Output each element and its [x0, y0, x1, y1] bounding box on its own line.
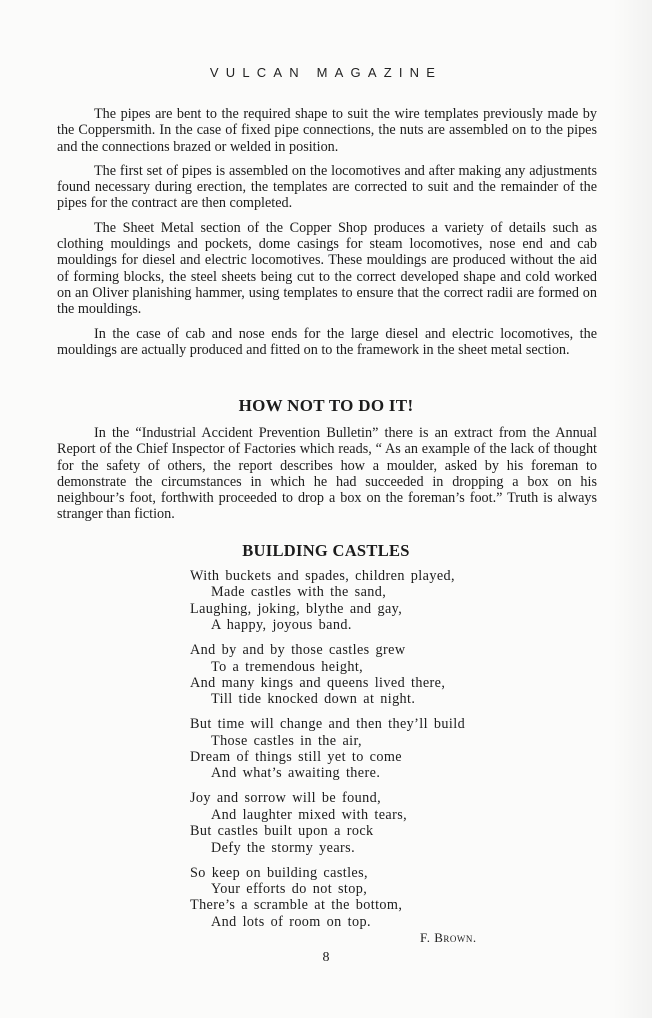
- poem-line: And laughter mixed with tears,: [190, 807, 465, 823]
- poem-line: Joy and sorrow will be found,: [190, 790, 465, 806]
- poem-body: With buckets and spades, children played…: [190, 568, 465, 939]
- poem-line: And many kings and queens lived there,: [190, 675, 465, 691]
- poem-line: With buckets and spades, children played…: [190, 568, 465, 584]
- paragraph: In the “Industrial Accident Prevention B…: [57, 425, 597, 523]
- poem-line: But castles built upon a rock: [190, 823, 465, 839]
- poem-line: Those castles in the air,: [190, 733, 465, 749]
- poem-line: So keep on building castles,: [190, 865, 465, 881]
- page-edge-shadow: [612, 0, 652, 1018]
- article-body-how-not-to-do-it: In the “Industrial Accident Prevention B…: [57, 425, 597, 531]
- article-body-copper-shop: The pipes are bent to the required shape…: [57, 106, 597, 366]
- paragraph: The first set of pipes is assembled on t…: [57, 163, 597, 212]
- poem-line: And lots of room on top.: [190, 914, 465, 930]
- paragraph: The pipes are bent to the required shape…: [57, 106, 597, 155]
- poem-line: Made castles with the sand,: [190, 584, 465, 600]
- poem-line: And by and by those castles grew: [190, 642, 465, 658]
- poem-stanza: Joy and sorrow will be found, And laught…: [190, 790, 465, 856]
- poem-title: BUILDING CASTLES: [0, 541, 652, 561]
- poem-line: A happy, joyous band.: [190, 617, 465, 633]
- running-title: VULCAN MAGAZINE: [0, 65, 652, 80]
- poem-line: Defy the stormy years.: [190, 840, 465, 856]
- poem-line: Dream of things still yet to come: [190, 749, 465, 765]
- poem-author: F. Brown.: [420, 930, 477, 946]
- poem-line: Your efforts do not stop,: [190, 881, 465, 897]
- page-number: 8: [0, 950, 652, 966]
- poem-line: But time will change and then they’ll bu…: [190, 716, 465, 732]
- section-heading-how-not-to-do-it: HOW NOT TO DO IT!: [0, 396, 652, 416]
- author-initial: F.: [420, 930, 430, 945]
- poem-line: Laughing, joking, blythe and gay,: [190, 601, 465, 617]
- poem-stanza: And by and by those castles grew To a tr…: [190, 642, 465, 708]
- poem-stanza: But time will change and then they’ll bu…: [190, 716, 465, 782]
- poem-line: There’s a scramble at the bottom,: [190, 897, 465, 913]
- paragraph: The Sheet Metal section of the Copper Sh…: [57, 220, 597, 318]
- poem-line: Till tide knocked down at night.: [190, 691, 465, 707]
- paragraph: In the case of cab and nose ends for the…: [57, 326, 597, 359]
- poem-stanza: So keep on building castles, Your effort…: [190, 865, 465, 931]
- poem-line: To a tremendous height,: [190, 659, 465, 675]
- poem-stanza: With buckets and spades, children played…: [190, 568, 465, 634]
- poem-line: And what’s awaiting there.: [190, 765, 465, 781]
- author-surname: Brown.: [434, 930, 476, 945]
